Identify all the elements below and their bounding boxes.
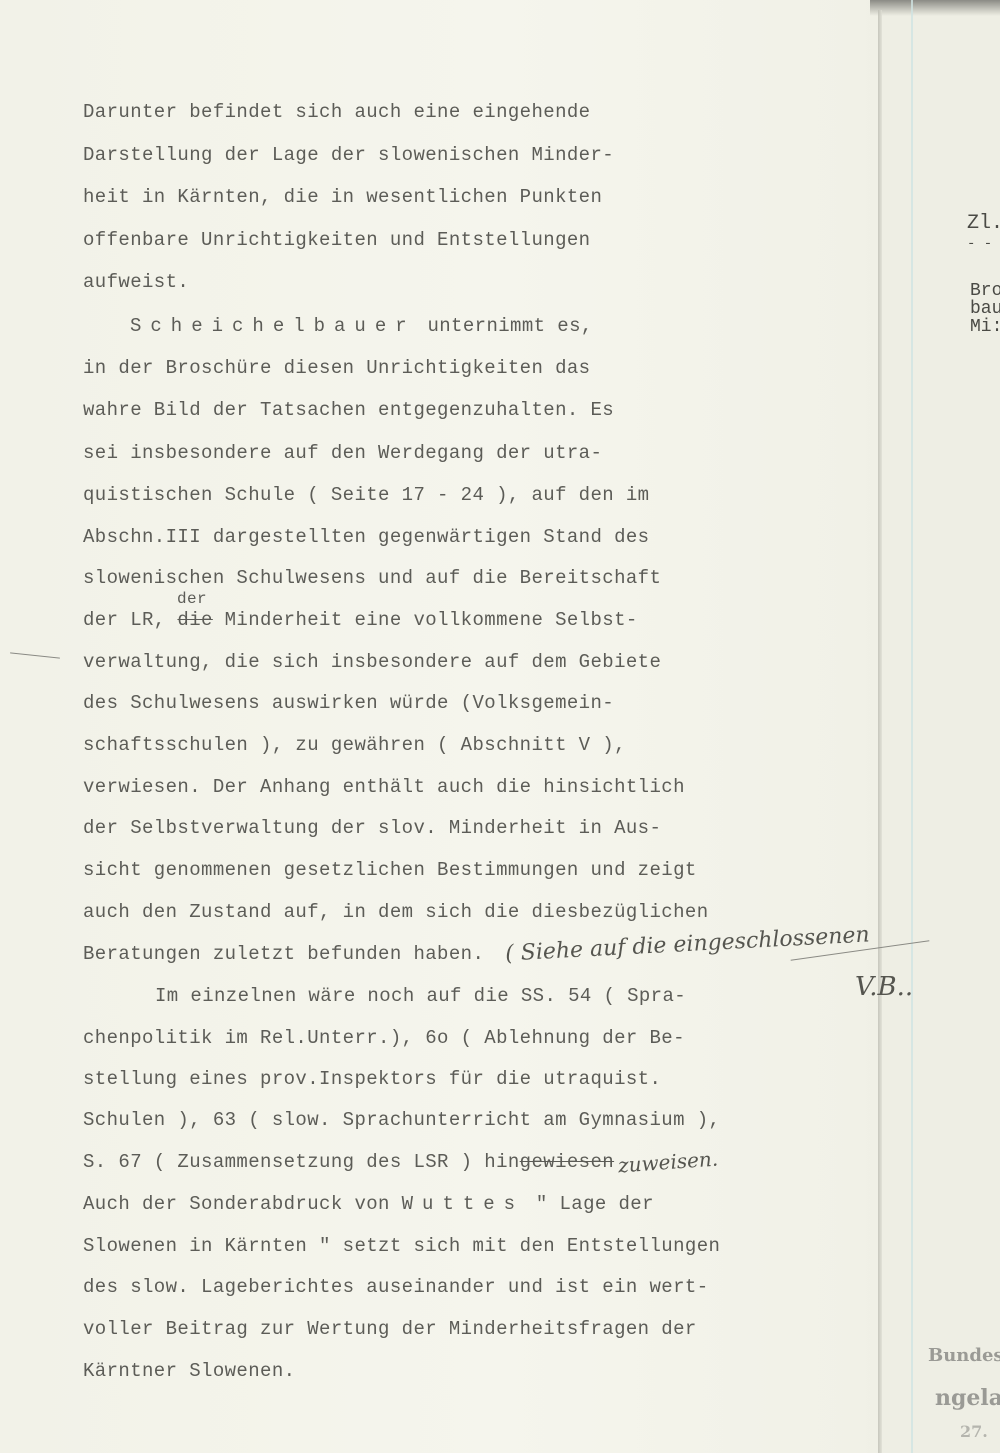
text-line: Im einzelnen wäre noch auf die SS. 54 ( … [155, 985, 686, 1007]
text-line: in der Broschüre diesen Unrichtigkeiten … [83, 357, 590, 379]
stamp-line: Bundes [928, 1345, 1000, 1366]
text-line: voller Beitrag zur Wertung der Minderhei… [83, 1318, 697, 1340]
text-line: heit in Kärnten, die in wesentlichen Pun… [83, 186, 602, 208]
text-line: quistischen Schule ( Seite 17 - 24 ), au… [83, 484, 650, 506]
spaced-name: Wuttes [402, 1193, 524, 1215]
struck-word: gewiesen [520, 1151, 614, 1173]
text-line: Beratungen zuletzt befunden haben. [83, 943, 484, 965]
text-line: Scheichelbauer unternimmt es, [130, 315, 593, 337]
text-line: sicht genommenen gesetzlichen Bestimmung… [83, 859, 697, 881]
text-line: sei insbesondere auf den Werdegang der u… [83, 442, 602, 464]
text-line: verwaltung, die sich insbesondere auf de… [83, 651, 661, 673]
reference-label: Zl. [967, 212, 1000, 235]
text-line: aufweist. [83, 271, 189, 293]
text-line: des slow. Lageberichtes auseinander und … [83, 1276, 709, 1298]
text-line: Kärntner Slowenen. [83, 1360, 295, 1382]
text-line: des Schulwesens auswirken würde (Volksge… [83, 692, 614, 714]
stamp-line: 27. [960, 1422, 988, 1441]
subject-line: Bro [970, 281, 1000, 301]
text-line: Darunter befindet sich auch eine eingehe… [83, 101, 590, 123]
page-shadow [870, 0, 1000, 16]
text-line: offenbare Unrichtigkeiten und Entstellun… [83, 229, 590, 251]
subject-line: bau [970, 299, 1000, 319]
margin-rule [911, 0, 913, 1453]
subject-line: Mi: [970, 317, 1000, 337]
typed-insertion: der [177, 590, 207, 608]
text-line: wahre Bild der Tatsachen entgegenzuhalte… [83, 399, 614, 421]
text-line: der Selbstverwaltung der slov. Minderhei… [83, 817, 661, 839]
struck-word: die [177, 609, 212, 631]
text-line: Slowenen in Kärnten " setzt sich mit den… [83, 1235, 720, 1257]
handwritten-initials: V.B.. [855, 972, 913, 1002]
reference-dashes: - - [967, 236, 992, 252]
text-line: Darstellung der Lage der slowenischen Mi… [83, 144, 614, 166]
text-line: stellung eines prov.Inspektors für die u… [83, 1068, 661, 1090]
text-line: Schulen ), 63 ( slow. Sprachunterricht a… [83, 1109, 720, 1131]
text-line: Abschn.III dargestellten gegenwärtigen S… [83, 526, 650, 548]
text-line: schaftsschulen ), zu gewähren ( Abschnit… [83, 734, 626, 756]
text-line: der LR, die Minderheit eine vollkommene … [83, 609, 638, 631]
text-line: auch den Zustand auf, in dem sich die di… [83, 901, 709, 923]
page-edge [878, 10, 882, 1453]
text-line: slowenischen Schulwesens und auf die Ber… [83, 567, 661, 589]
text-line: verwiesen. Der Anhang enthält auch die h… [83, 776, 685, 798]
stamp-line: ngelang [935, 1385, 1000, 1411]
spaced-name: Scheichelbauer [130, 315, 416, 337]
text-line: Auch der Sonderabdruck von Wuttes " Lage… [83, 1193, 654, 1215]
text-line: chenpolitik im Rel.Unterr.), 6o ( Ablehn… [83, 1027, 685, 1049]
text-line: S. 67 ( Zusammensetzung des LSR ) hingew… [83, 1151, 614, 1173]
